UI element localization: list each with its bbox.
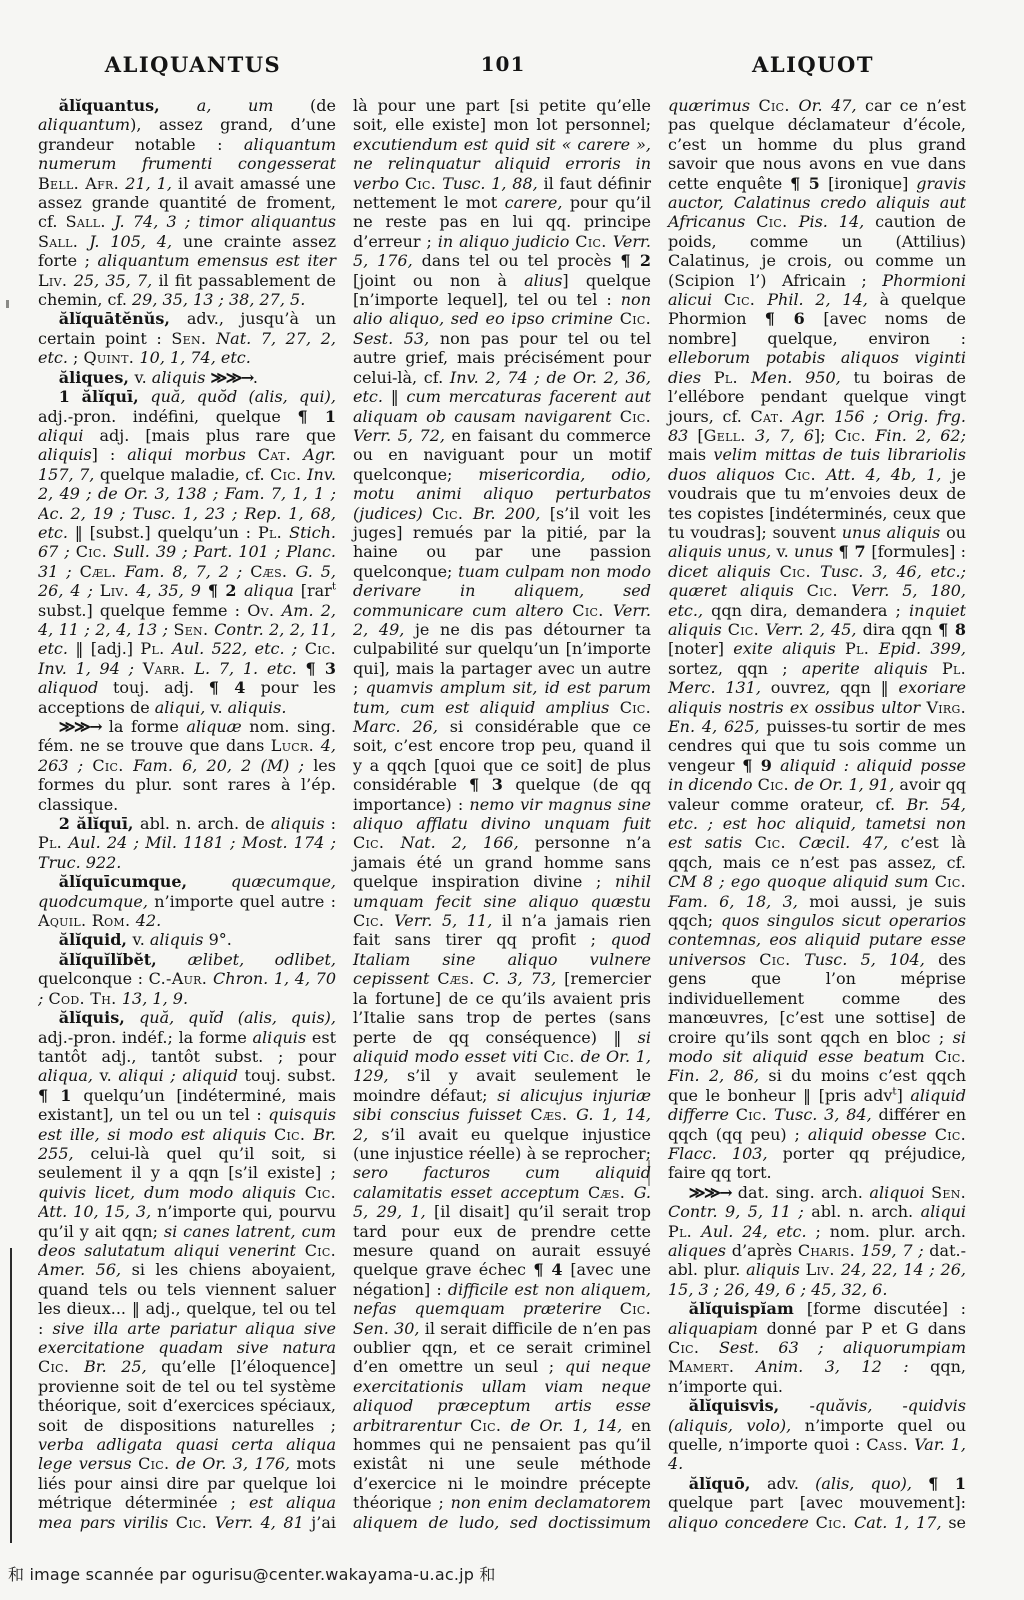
text-run: Cic. bbox=[92, 756, 133, 775]
scan-artifact-speck bbox=[6, 300, 9, 308]
text-run: Cic. bbox=[816, 1513, 854, 1532]
text-run: Sen. bbox=[171, 329, 216, 348]
text-run: aliquis bbox=[152, 368, 211, 387]
text-run: quelque part [avec mouvement]: bbox=[668, 1493, 966, 1512]
text-run: Fam. 6, 18, 3, bbox=[668, 892, 809, 911]
text-run: Cic. bbox=[305, 1241, 336, 1260]
text-run: ălĭquātĕnŭs, bbox=[59, 309, 187, 328]
text-run: v. bbox=[133, 930, 150, 949]
text-run: Cic. bbox=[620, 1299, 651, 1318]
header-guide-word-left: ALIQUANTUS bbox=[38, 52, 348, 77]
text-run: 21, 1, bbox=[125, 174, 178, 193]
text-run: t bbox=[332, 581, 336, 593]
text-run: Br. 200, bbox=[473, 504, 550, 523]
text-run: aliquis bbox=[150, 930, 209, 949]
text-run: qqn dira, demandera ; bbox=[711, 601, 909, 620]
dictionary-paragraph: ălĭquĭlĭbĕt, ælibet, odlibet, quelconque… bbox=[38, 950, 336, 1008]
text-run: Pl. bbox=[668, 1222, 701, 1241]
text-run: Cic. bbox=[575, 232, 613, 251]
text-run: aliquis. bbox=[228, 698, 287, 717]
text-run: ¶ 7 bbox=[838, 542, 871, 561]
text-run: adv. bbox=[767, 1474, 815, 1493]
text-run: [forme discutée] : bbox=[807, 1299, 966, 1318]
text-run: 159, 7 ; bbox=[861, 1241, 929, 1260]
text-run: Cic. bbox=[935, 1047, 966, 1066]
text-run: aliquis bbox=[253, 1028, 312, 1047]
text-run: Cic. bbox=[305, 639, 336, 658]
text-run: Pis. 14, bbox=[799, 212, 875, 231]
text-run: aliqui, bbox=[155, 698, 211, 717]
text-run: ; nom. plur. arch. bbox=[807, 1222, 966, 1241]
text-run: touj. adj. bbox=[113, 678, 209, 697]
text-run: unus aliquis bbox=[842, 523, 946, 542]
text-run: Epid. 399, bbox=[879, 639, 966, 658]
text-run: ¶ 4 bbox=[209, 678, 261, 697]
text-run: Sen. bbox=[931, 1183, 966, 1202]
text-run: ] : bbox=[92, 445, 128, 464]
text-run: Phil. 2, 14, bbox=[767, 290, 879, 309]
text-run: Cic. bbox=[807, 581, 852, 600]
text-run: quă, quŏd (alis, qui), bbox=[150, 387, 336, 406]
text-run: Fam. 8, 7, 2 ; bbox=[125, 562, 251, 581]
text-run: Aul. 24 ; Mil. 1181 ; Most. 174 ; Truc. … bbox=[38, 833, 336, 871]
text-run: Cic. bbox=[785, 465, 827, 484]
text-run: quelque maladie, cf. bbox=[100, 465, 270, 484]
text-run: Liv. bbox=[806, 1260, 841, 1279]
text-run: Tusc. 3, 84, bbox=[774, 1105, 878, 1124]
dictionary-paragraph: ≫≫→ dat. sing. arch. aliquoi Sen. Contr.… bbox=[668, 1183, 966, 1299]
text-run: la forme bbox=[101, 717, 186, 736]
text-run: Ov. bbox=[247, 601, 282, 620]
text-run: d’après bbox=[732, 1241, 798, 1260]
scan-artifact-line bbox=[10, 1248, 12, 1543]
text-run: ălĭquispĭam bbox=[689, 1299, 807, 1318]
text-run: CM 8 ; ego quoque aliquid sum bbox=[668, 872, 935, 891]
dictionary-paragraph: ălĭquisvis, -quăvis, -quidvis (aliquis, … bbox=[668, 1396, 966, 1474]
text-run: subst.] quelque femme : bbox=[38, 601, 247, 620]
text-run: ălĭquantus, bbox=[59, 96, 197, 115]
text-run: aliqui bbox=[921, 1202, 966, 1221]
text-run: Or. 47, bbox=[799, 96, 865, 115]
text-run: Cic. bbox=[620, 309, 651, 328]
page-header: ALIQUANTUS 101 ALIQUOT bbox=[38, 52, 968, 77]
text-run: Cic. bbox=[353, 833, 401, 852]
text-run: ¶ 5 bbox=[790, 174, 828, 193]
dictionary-paragraph: ăliques, v. aliquis ≫≫→. bbox=[38, 368, 336, 387]
text-run: Cic. bbox=[736, 1105, 774, 1124]
text-run: aliquis bbox=[746, 1260, 805, 1279]
text-run: aliquis unus, bbox=[668, 542, 776, 561]
text-run: Aul. 522, etc. ; bbox=[172, 639, 305, 658]
text-run: aliquoi bbox=[869, 1183, 931, 1202]
text-run: Cic. bbox=[305, 1183, 336, 1202]
text-run: dicet aliquis bbox=[668, 562, 780, 581]
text-run: Cic. bbox=[270, 465, 307, 484]
text-run: Charis. bbox=[798, 1241, 861, 1260]
text-run: ¶ 3 bbox=[469, 775, 515, 794]
text-run: 2 ălĭquī, bbox=[59, 814, 140, 833]
text-run: ălĭquid, bbox=[59, 930, 133, 949]
text-run: Cic. bbox=[38, 1357, 84, 1376]
text-run: Cic. bbox=[759, 950, 804, 969]
text-run: ‖ [adj.] bbox=[75, 639, 140, 658]
text-run: Cic. bbox=[470, 1416, 511, 1435]
text-run: Verr. 5, 11, bbox=[394, 911, 502, 930]
text-run: de Or. 1, 91, bbox=[794, 775, 899, 794]
text-run: Cæs. bbox=[530, 1105, 576, 1124]
text-run: Varr. bbox=[143, 659, 195, 678]
text-run: J. 105, 4, bbox=[89, 232, 183, 251]
text-run: Tusc. 1, 88, bbox=[442, 174, 543, 193]
text-run: Cic. bbox=[728, 620, 766, 639]
text-run: 42. bbox=[136, 911, 161, 930]
text-run: Quint. bbox=[84, 348, 140, 367]
text-run: Cæl. bbox=[80, 562, 125, 581]
text-run: Fin. 2, 62; bbox=[875, 426, 966, 445]
text-run: carere, bbox=[505, 193, 570, 212]
text-run: aliquæ bbox=[186, 717, 249, 736]
text-run: ¶ 1 bbox=[928, 1474, 966, 1493]
text-run: Cæcil. 47, bbox=[799, 833, 901, 852]
text-run: (de bbox=[310, 96, 336, 115]
text-run: Cic. bbox=[759, 96, 799, 115]
text-run: Mamert. bbox=[668, 1357, 756, 1376]
text-run: Sall. bbox=[38, 232, 89, 251]
text-run: Cic. bbox=[835, 426, 876, 445]
text-run: Inv. 1, 94 ; bbox=[38, 659, 143, 678]
text-run: Pl. bbox=[942, 659, 966, 678]
text-run: ălĭquis, bbox=[59, 1008, 139, 1027]
text-run: aliquantum bbox=[38, 115, 130, 134]
text-run: Cic. bbox=[780, 562, 820, 581]
text-run: exite aliquis bbox=[733, 639, 845, 658]
text-run: ; bbox=[68, 348, 84, 367]
text-run: Sen. bbox=[173, 620, 214, 639]
text-run: Nat. 2, 166, bbox=[401, 833, 535, 852]
text-run: aliquis bbox=[38, 445, 92, 464]
text-run: Anim. 3, 12 : bbox=[756, 1357, 930, 1376]
dictionary-paragraph: ălĭquātĕnŭs, adv., jusqu’à un certain po… bbox=[38, 309, 336, 367]
text-run: donné par bbox=[767, 1319, 862, 1338]
text-run: Pl. bbox=[140, 639, 172, 658]
text-run: Att. 4, 4b, 1, bbox=[826, 465, 951, 484]
text-run: ¶ 1 bbox=[298, 407, 336, 426]
text-run: ouvrez, qqn ‖ bbox=[771, 678, 899, 697]
text-run: Aquil. Rom. bbox=[38, 911, 136, 930]
text-run: 4, 35, 9 bbox=[136, 581, 208, 600]
text-run: aliquid obesse bbox=[808, 1125, 935, 1144]
text-run: ‖ bbox=[391, 387, 407, 406]
text-run: sive illa arte pariatur aliqua sive exer… bbox=[38, 1319, 336, 1357]
text-run: aliquis bbox=[271, 814, 331, 833]
text-run: J. 74, 3 ; timor aliquantus bbox=[114, 212, 336, 231]
text-run: aperite aliquis bbox=[802, 659, 942, 678]
text-run: [ironique] bbox=[828, 174, 916, 193]
text-run: Cat. bbox=[258, 445, 303, 464]
page-footer: 和 image scannée par ogurisu@center.wakay… bbox=[8, 1562, 1008, 1585]
dictionary-paragraph: ălĭquispĭam [forme discutée] : aliquapia… bbox=[668, 1299, 966, 1396]
text-run: adj.-pron. indéfini, quelque bbox=[38, 407, 298, 426]
dictionary-paragraph: 1 ălĭquī, quă, quŏd (alis, qui), adj.-pr… bbox=[38, 387, 336, 717]
text-run: Fam. 6, 20, 2 (M) ; bbox=[133, 756, 313, 775]
text-run: aliquantum emensus est iter bbox=[98, 251, 337, 270]
text-run: L. 7, 1. etc. bbox=[194, 659, 305, 678]
text-run: Sest. 63 ; aliquorumpiam bbox=[719, 1338, 966, 1357]
text-run: alius bbox=[524, 271, 562, 290]
dictionary-columns: ălĭquantus, a, um (de aliquantum), assez… bbox=[38, 96, 966, 1538]
text-run: Pl. bbox=[258, 523, 289, 542]
text-run: Cic. bbox=[138, 1454, 176, 1473]
text-run: quă, quĭd (alis, quis), bbox=[139, 1008, 336, 1027]
text-run: 9°. bbox=[209, 930, 232, 949]
text-run: quamvis amplum sit, id est parum tum, cu… bbox=[353, 678, 651, 716]
text-run: s’il avait eu quelque injustice (une inj… bbox=[353, 1125, 651, 1163]
text-run: 29, 35, 13 ; 38, 27, 5. bbox=[132, 290, 305, 309]
text-run: C. 3, 73, bbox=[483, 969, 564, 988]
text-run: Cic. bbox=[353, 911, 394, 930]
dictionary-paragraph: ălĭquid, v. aliquis 9°. bbox=[38, 930, 336, 949]
text-run: n’importe quel autre : bbox=[154, 892, 336, 911]
text-run: Cic. bbox=[176, 1513, 215, 1532]
text-run: : bbox=[331, 814, 336, 833]
text-run: 25, 35, 7, bbox=[74, 271, 159, 290]
text-run: ¶ 3 bbox=[305, 659, 336, 678]
text-run: Cic. bbox=[620, 698, 651, 717]
text-run: dans tel ou tel procès bbox=[422, 251, 621, 270]
text-run: 10, 1, 74, etc. bbox=[139, 348, 250, 367]
text-run: aliques bbox=[668, 1241, 732, 1260]
text-run: En. 4, 625, bbox=[668, 717, 766, 736]
text-run: aliqua bbox=[244, 581, 301, 600]
text-run: aliquo concedere bbox=[668, 1513, 816, 1532]
text-run: Att. 10, 15, 3, bbox=[38, 1202, 157, 1221]
text-run: sortez, qqn ; bbox=[668, 659, 802, 678]
text-run: ¶ 6 bbox=[765, 309, 824, 328]
text-run: ¶ 2 bbox=[208, 581, 244, 600]
text-run: ælibet, odlibet, bbox=[188, 950, 336, 969]
text-run: Merc. 131, bbox=[668, 678, 771, 697]
text-run: Bell. Afr. bbox=[38, 174, 125, 193]
text-run: a, um bbox=[197, 96, 310, 115]
header-guide-word-right: ALIQUOT bbox=[658, 52, 968, 77]
text-run: Lucr. bbox=[271, 736, 321, 755]
reference-arrow-icon: ≫≫→ bbox=[689, 1183, 731, 1202]
text-run: Cat. bbox=[751, 407, 793, 426]
text-run: Cic. bbox=[756, 212, 799, 231]
text-run: adj. [mais plus rare que bbox=[100, 426, 337, 445]
text-run: Verr. 2, 45, bbox=[765, 620, 862, 639]
text-run: abl. n. arch. de bbox=[140, 814, 271, 833]
text-run: Cic. bbox=[76, 542, 114, 561]
text-run: Contr. 9, 5, 11 ; bbox=[668, 1202, 811, 1221]
text-run: ¶ 8 bbox=[938, 620, 966, 639]
dictionary-paragraph: ălĭquantus, a, um (de aliquantum), assez… bbox=[38, 96, 336, 309]
reference-arrow-icon: ≫≫→ bbox=[59, 717, 101, 736]
text-run: Cass. bbox=[866, 1435, 914, 1454]
text-run: Liv. bbox=[100, 581, 136, 600]
text-run: [noter] bbox=[668, 639, 733, 658]
text-run: mais bbox=[668, 445, 713, 464]
text-run: P bbox=[861, 1319, 872, 1338]
text-run: v. bbox=[776, 542, 794, 561]
text-run: dira qqn bbox=[863, 620, 939, 639]
text-run: ¶ 9 bbox=[742, 756, 780, 775]
text-run: aliquod bbox=[38, 678, 113, 697]
text-run: ¶ 4 bbox=[533, 1260, 570, 1279]
text-run: aliqua, bbox=[38, 1066, 100, 1085]
text-run: Sest. 53, bbox=[353, 329, 440, 348]
text-run: v. bbox=[134, 368, 151, 387]
text-run: aliqui ; aliquid bbox=[118, 1066, 244, 1085]
text-run: Marc. 26, bbox=[353, 717, 450, 736]
text-run: Pl. bbox=[714, 368, 751, 387]
text-run: Liv. bbox=[38, 271, 74, 290]
reference-arrow-icon: ≫≫→ bbox=[211, 368, 253, 387]
text-run: Sall. bbox=[66, 212, 115, 231]
text-run: 13, 1, 9. bbox=[122, 989, 188, 1008]
text-run: [formules] : bbox=[871, 542, 966, 561]
text-run: Cæs. bbox=[588, 1183, 634, 1202]
text-run: aliqui bbox=[38, 426, 100, 445]
text-run: aliqui morbus bbox=[127, 445, 258, 464]
text-run: Gell. bbox=[704, 426, 755, 445]
text-run: Virg. bbox=[926, 698, 966, 717]
scan-credit-text: 和 image scannée par ogurisu@center.wakay… bbox=[8, 1565, 496, 1584]
text-run: quivis licet, dum modo aliquis bbox=[38, 1183, 305, 1202]
text-run: Cæs. bbox=[250, 562, 295, 581]
text-run: ou bbox=[946, 523, 966, 542]
text-run: de Or. 3, 176, bbox=[176, 1454, 296, 1473]
dictionary-paragraph: ≫≫→ la forme aliquæ nom. sing. fém. ne s… bbox=[38, 717, 336, 814]
dictionary-paragraph: 2 ălĭquī, abl. n. arch. de aliquis : Pl.… bbox=[38, 814, 336, 872]
text-run: v. bbox=[210, 698, 227, 717]
text-run: ‖ [subst.] quelqu’un : bbox=[75, 523, 258, 542]
text-run: ¶ 1 bbox=[38, 1086, 83, 1105]
text-run: ] bbox=[897, 1086, 911, 1105]
text-run: ălĭquō, bbox=[689, 1474, 767, 1493]
text-run: Pl. bbox=[38, 833, 69, 852]
text-run: (alis, quo), bbox=[815, 1474, 928, 1493]
text-run: [joint ou non à bbox=[353, 271, 524, 290]
text-run: ¶ 2 bbox=[620, 251, 651, 270]
text-run: Tusc. 5, 104, bbox=[804, 950, 938, 969]
scanned-dictionary-page: ALIQUANTUS 101 ALIQUOT ălĭquantus, a, um… bbox=[0, 0, 1024, 1600]
text-run: Cic. bbox=[620, 407, 651, 426]
text-run: Sen. 30, bbox=[353, 1319, 425, 1338]
text-run: Cic. bbox=[755, 833, 799, 852]
text-run: Cic. bbox=[935, 872, 966, 891]
text-run: 1 ălĭquī, bbox=[59, 387, 151, 406]
text-run: Flacc. 103, bbox=[668, 1144, 783, 1163]
text-run: Cic. bbox=[724, 290, 767, 309]
text-run: Cic. bbox=[572, 601, 613, 620]
text-run: et bbox=[873, 1319, 906, 1338]
text-run: unus bbox=[794, 542, 838, 561]
text-run: C.-Aur. bbox=[149, 969, 213, 988]
text-run: . bbox=[253, 368, 258, 387]
text-run: Cic. bbox=[543, 1047, 580, 1066]
text-run: Br. 25, bbox=[84, 1357, 161, 1376]
text-run: de Or. 1, 14, bbox=[511, 1416, 632, 1435]
text-run: ălĭquĭlĭbĕt, bbox=[59, 950, 188, 969]
text-run: touj. subst. bbox=[245, 1066, 336, 1085]
text-run: v. bbox=[100, 1066, 119, 1085]
text-run: adj.-pron. indéf.; la forme bbox=[38, 1028, 253, 1047]
text-run: [rar bbox=[301, 581, 332, 600]
text-run: Cic. bbox=[935, 1125, 966, 1144]
text-run: Cæs. bbox=[437, 969, 482, 988]
text-run: Amer. 56, bbox=[38, 1260, 132, 1279]
text-run: Cic. bbox=[668, 1338, 719, 1357]
text-run: Cod. Th. bbox=[48, 989, 121, 1008]
text-run: Pl. bbox=[845, 639, 879, 658]
text-run: Cic. bbox=[274, 1125, 313, 1144]
text-run: 3, 7, 6 bbox=[755, 426, 814, 445]
text-run: Men. 950, bbox=[751, 368, 854, 387]
text-run: Cic. bbox=[432, 504, 473, 523]
text-run: ălĭquisvis, bbox=[689, 1396, 810, 1415]
text-run: Fin. 2, 86, bbox=[668, 1066, 768, 1085]
text-run: dans bbox=[919, 1319, 966, 1338]
text-run: aliquapiam bbox=[668, 1319, 767, 1338]
dictionary-paragraph: ălĭquīcumque, quæcumque, quodcumque, n’i… bbox=[38, 872, 336, 930]
text-run: Cat. 1, 17, bbox=[854, 1513, 948, 1532]
text-run: Verr. 5, 72, bbox=[353, 426, 452, 445]
text-run: in aliquo judicio bbox=[438, 232, 576, 251]
text-run: ălĭquīcumque, bbox=[59, 872, 231, 891]
text-run: quelconque : bbox=[38, 969, 149, 988]
text-run: ăliques, bbox=[59, 368, 135, 387]
text-run: abl. n. arch. bbox=[811, 1202, 920, 1221]
text-run: dat. sing. arch. bbox=[731, 1183, 869, 1202]
text-run: Cic. bbox=[758, 775, 795, 794]
text-run: Cic. bbox=[405, 174, 442, 193]
text-run: ]; bbox=[814, 426, 835, 445]
text-run: G bbox=[906, 1319, 919, 1338]
text-run: Aul. 24, etc. bbox=[701, 1222, 806, 1241]
page-number: 101 bbox=[348, 52, 658, 77]
text-run: Verr. 4, 81 bbox=[215, 1513, 311, 1532]
